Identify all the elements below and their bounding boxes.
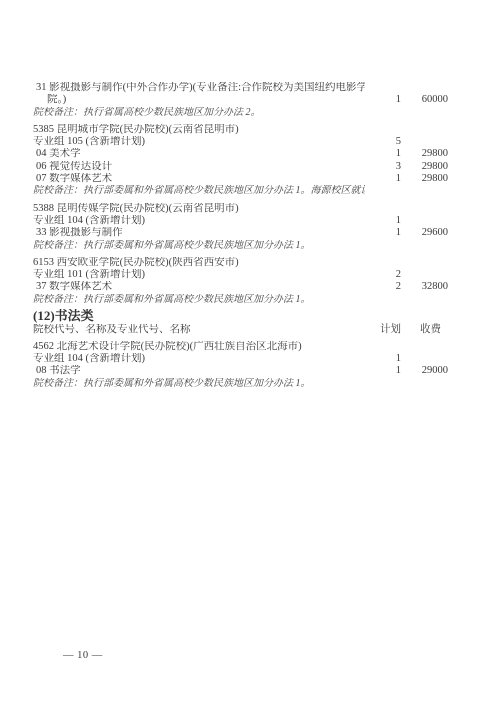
major-row: 07 数字媒体艺术129800 xyxy=(33,173,448,185)
name-cell: 专业组 105 (含新增计划) xyxy=(33,136,365,148)
name-cell: 专业组 101 (含新增计划) xyxy=(33,269,365,281)
plan-cell: 2 xyxy=(365,281,401,293)
name-cell: 院校备注：执行部委属和外省属高校少数民族地区加分办法 1。 xyxy=(33,240,365,252)
major-row: 37 数字媒体艺术232800 xyxy=(33,281,448,293)
name-cell: 06 视觉传达设计 xyxy=(33,161,365,173)
name-cell: 6153 西安欧亚学院(民办院校)(陕西省西安市) xyxy=(33,257,365,269)
name-cell: 专业组 104 (含新增计划) xyxy=(33,215,365,227)
plan-cell: 1 xyxy=(365,365,401,377)
name-cell: (12)书法类 xyxy=(33,309,365,324)
fee-cell: 32800 xyxy=(401,281,448,293)
college-row: 6153 西安欧亚学院(民办院校)(陕西省西安市) xyxy=(33,257,448,269)
table-header-row: 院校代号、名称及专业代号、名称计划收费 xyxy=(33,324,448,336)
name-cell: 31 影视摄影与制作(中外合作办学)(专业备注:合作院校为美国纽约电影学 xyxy=(33,82,365,94)
major-row: 31 影视摄影与制作(中外合作办学)(专业备注:合作院校为美国纽约电影学 xyxy=(33,82,448,94)
major-group-row: 专业组 104 (含新增计划)1 xyxy=(33,353,448,365)
fee-cell: 29600 xyxy=(401,227,448,239)
plan-cell: 1 xyxy=(365,94,401,106)
document-page: 31 影视摄影与制作(中外合作办学)(专业备注:合作院校为美国纽约电影学院。)1… xyxy=(0,0,500,707)
fee-cell: 29800 xyxy=(401,148,448,160)
name-cell: 33 影视摄影与制作 xyxy=(33,227,365,239)
college-row: 4562 北海艺术设计学院(民办院校)(广西壮族自治区北海市) xyxy=(33,341,448,353)
college-remark-row: 院校备注：执行部委属和外省属高校少数民族地区加分办法 1。 xyxy=(33,378,448,390)
name-cell: 院校备注：执行部委属和外省属高校少数民族地区加分办法 1。 xyxy=(33,378,365,390)
major-group-row: 专业组 101 (含新增计划)2 xyxy=(33,269,448,281)
admission-plan-list: 31 影视摄影与制作(中外合作办学)(专业备注:合作院校为美国纽约电影学院。)1… xyxy=(33,82,448,390)
plan-cell: 1 xyxy=(365,215,401,227)
fee-cell: 29800 xyxy=(401,161,448,173)
fee-cell: 29000 xyxy=(401,365,448,377)
college-remark-row: 院校备注：执行部委属和外省属高校少数民族地区加分办法 1。 xyxy=(33,240,448,252)
major-row: 04 美术学129800 xyxy=(33,148,448,160)
plan-cell: 5 xyxy=(365,136,401,148)
plan-cell: 3 xyxy=(365,161,401,173)
college-remark-row: 院校备注：执行部委属和外省属高校少数民族地区加分办法 1。 xyxy=(33,294,448,306)
name-cell: 院校备注：执行部委属和外省属高校少数民族地区加分办法 1。 xyxy=(33,294,365,306)
major-row: 08 书法学129000 xyxy=(33,365,448,377)
major-group-row: 专业组 105 (含新增计划)5 xyxy=(33,136,448,148)
major-row: 33 影视摄影与制作129600 xyxy=(33,227,448,239)
college-remark-row: 院校备注：执行省属高校少数民族地区加分办法 2。 xyxy=(33,107,448,119)
name-cell: 院。) xyxy=(33,94,365,106)
plan-cell: 2 xyxy=(365,269,401,281)
plan-cell: 1 xyxy=(365,227,401,239)
major-row-continued: 院。)160000 xyxy=(33,94,448,106)
name-cell: 院校备注：执行省属高校少数民族地区加分办法 2。 xyxy=(33,107,365,119)
college-row: 5385 昆明城市学院(民办院校)(云南省昆明市) xyxy=(33,124,448,136)
name-cell: 37 数字媒体艺术 xyxy=(33,281,365,293)
major-group-row: 专业组 104 (含新增计划)1 xyxy=(33,215,448,227)
plan-cell: 计划 xyxy=(365,324,401,336)
page-number: — 10 — xyxy=(63,650,103,661)
name-cell: 04 美术学 xyxy=(33,148,365,160)
plan-cell: 1 xyxy=(365,148,401,160)
major-row: 06 视觉传达设计329800 xyxy=(33,161,448,173)
college-remark-row: 院校备注：执行部委属和外省属高校少数民族地区加分办法 1。海源校区就读。 xyxy=(33,185,448,197)
fee-cell: 60000 xyxy=(401,94,448,106)
name-cell: 专业组 104 (含新增计划) xyxy=(33,353,365,365)
name-cell: 5385 昆明城市学院(民办院校)(云南省昆明市) xyxy=(33,124,365,136)
fee-cell: 收费 xyxy=(401,324,448,336)
name-cell: 4562 北海艺术设计学院(民办院校)(广西壮族自治区北海市) xyxy=(33,341,365,353)
name-cell: 07 数字媒体艺术 xyxy=(33,173,365,185)
name-cell: 院校备注：执行部委属和外省属高校少数民族地区加分办法 1。海源校区就读。 xyxy=(33,185,365,197)
fee-cell: 29800 xyxy=(401,173,448,185)
name-cell: 院校代号、名称及专业代号、名称 xyxy=(33,324,365,336)
plan-cell: 1 xyxy=(365,353,401,365)
name-cell: 5388 昆明传媒学院(民办院校)(云南省昆明市) xyxy=(33,203,365,215)
section-heading: (12)书法类 xyxy=(33,309,448,324)
plan-cell: 1 xyxy=(365,173,401,185)
name-cell: 08 书法学 xyxy=(33,365,365,377)
college-row: 5388 昆明传媒学院(民办院校)(云南省昆明市) xyxy=(33,203,448,215)
